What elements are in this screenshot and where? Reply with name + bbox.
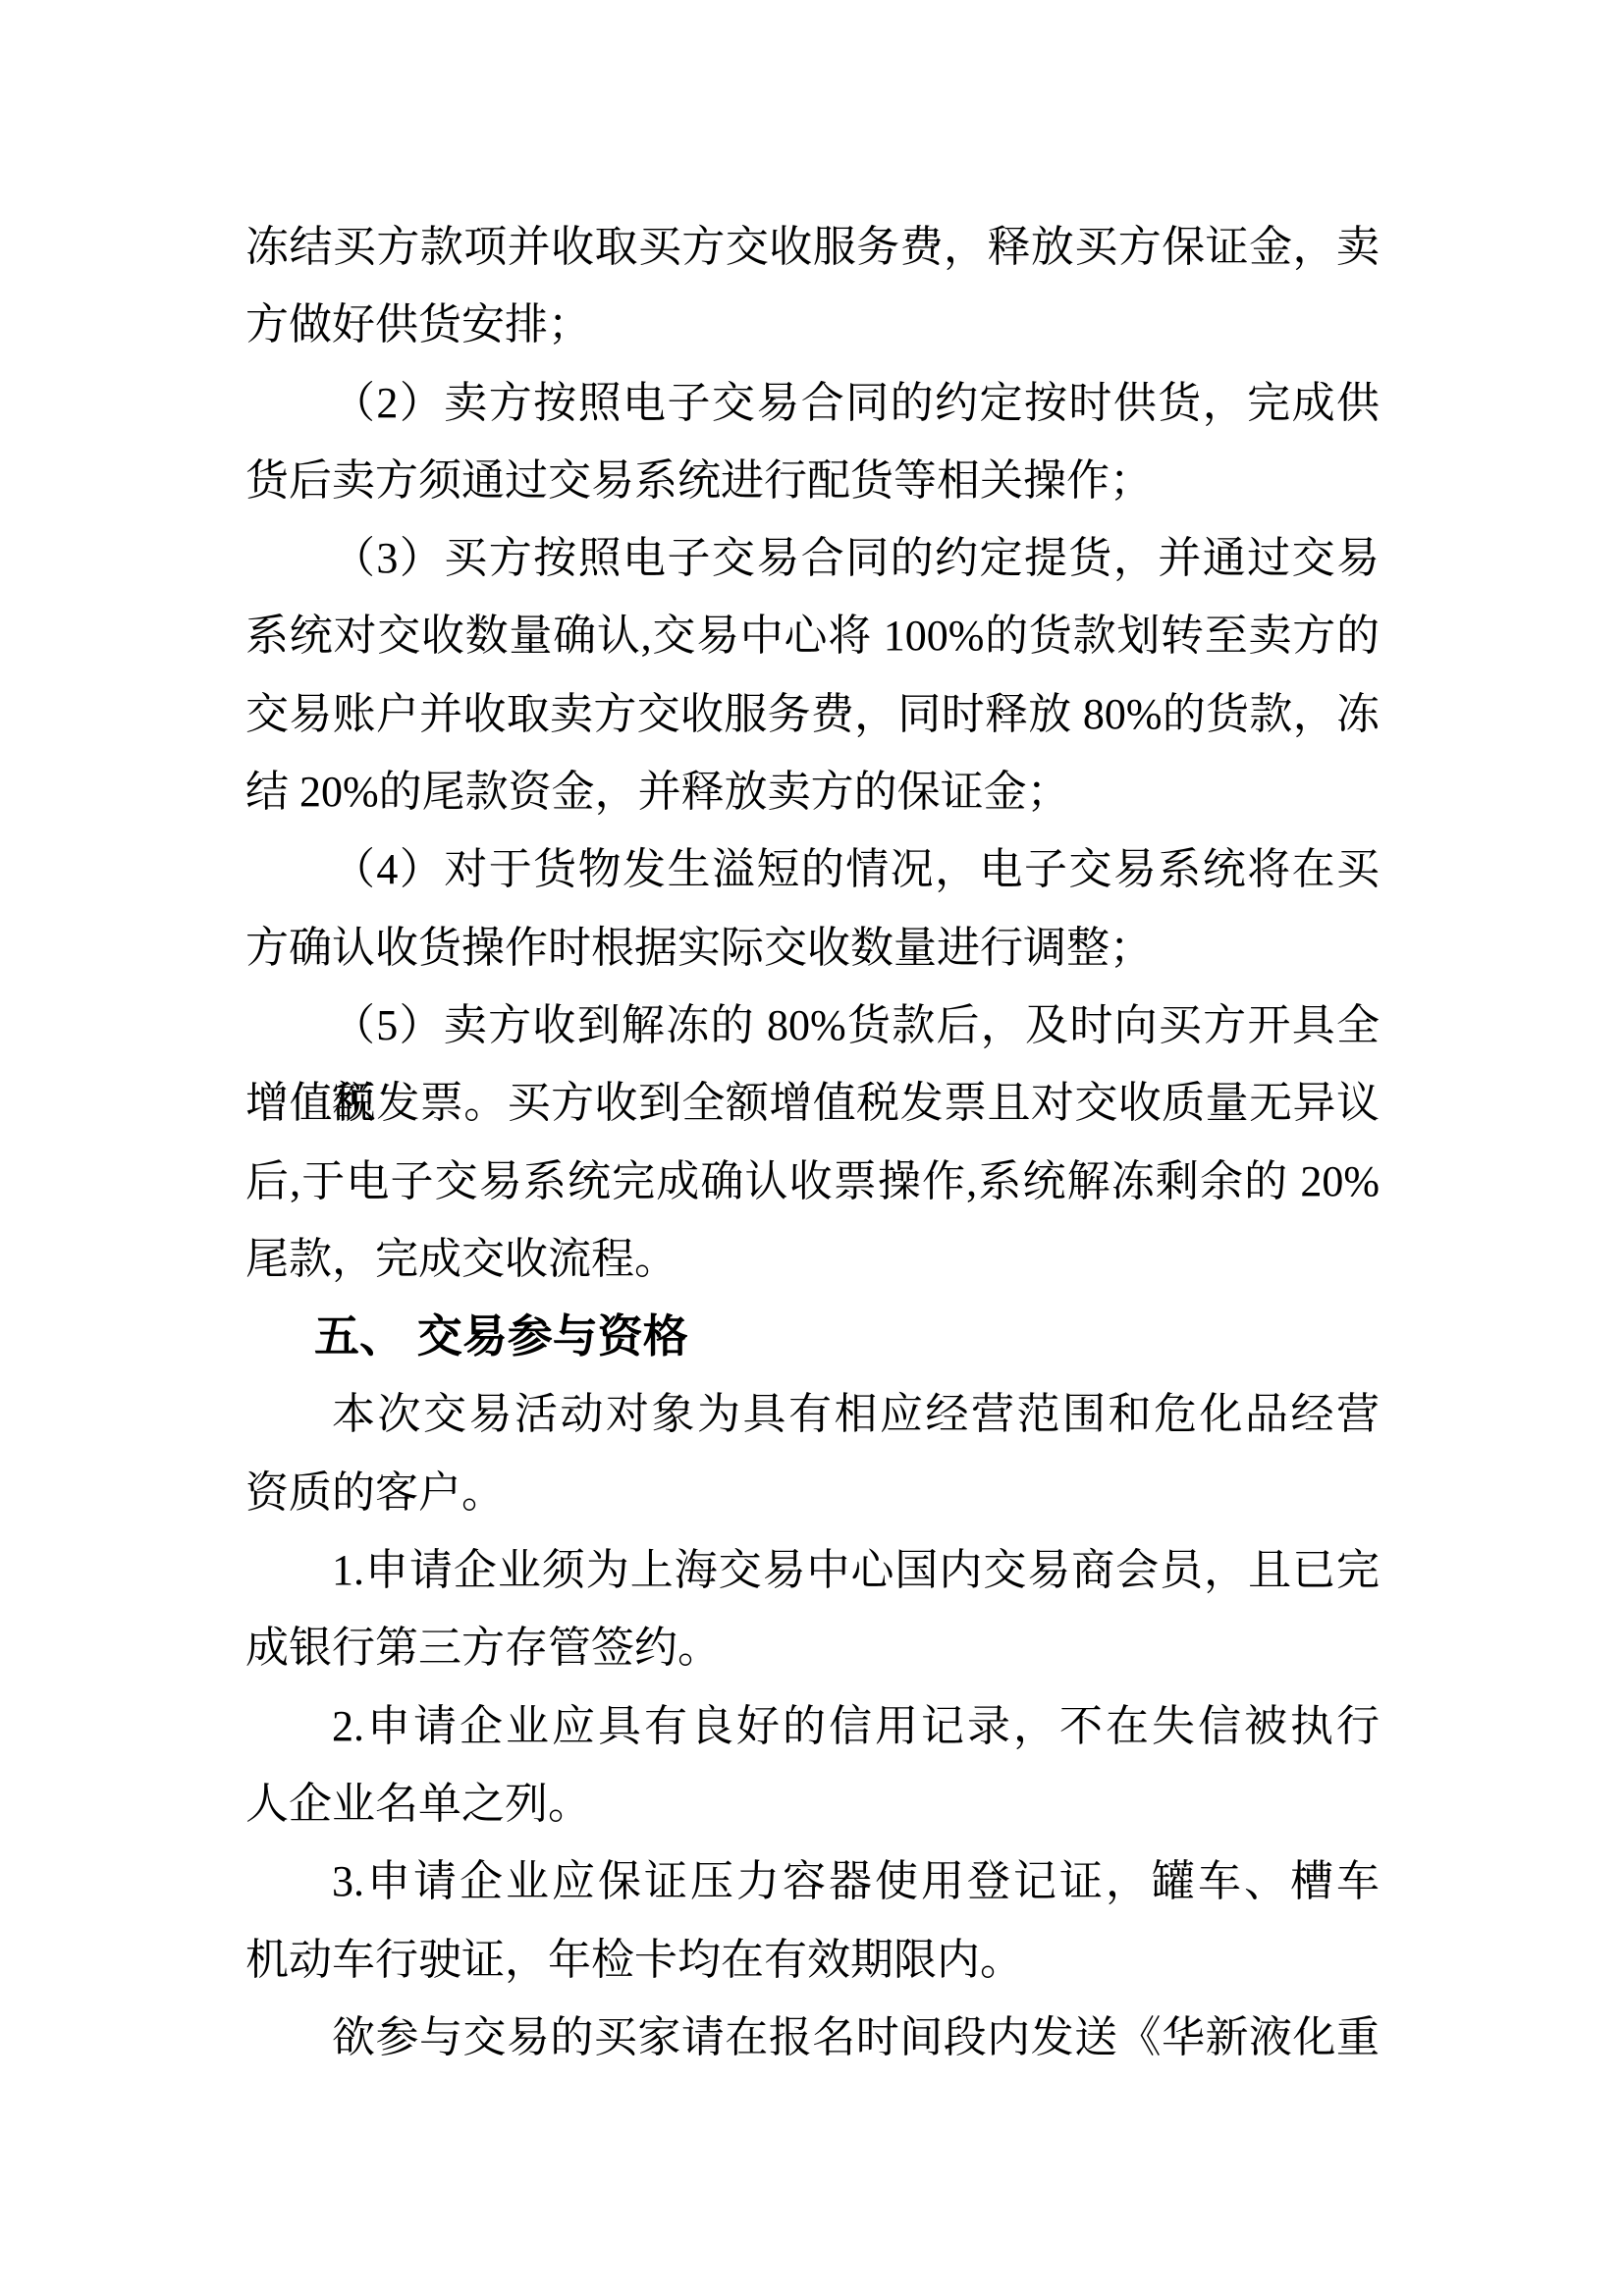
text-line: 增值税发票。买方收到全额增值税发票且对交收质量无异议	[245, 1064, 1380, 1142]
text-line: 后,于电子交易系统完成确认收票操作,系统解冻剩余的 20%	[245, 1143, 1380, 1220]
text-line: 方做好供货安排；	[245, 286, 1380, 363]
section-heading: 五、 交易参与资格	[245, 1298, 1380, 1375]
text-line: 欲参与交易的买家请在报名时间段内发送《华新液化重	[245, 1999, 1380, 2076]
text-line: 3.申请企业应保证压力容器使用登记证，罐车、槽车	[245, 1842, 1380, 1920]
text-line: （5）卖方收到解冻的 80%货款后，及时向买方开具全额	[245, 987, 1380, 1064]
text-line: 1.申请企业须为上海交易中心国内交易商会员，且已完	[245, 1531, 1380, 1609]
text-line: （2）卖方按照电子交易合同的约定按时供货，完成供	[245, 364, 1380, 442]
text-line: 冻结买方款项并收取买方交收服务费，释放买方保证金，卖	[245, 208, 1380, 286]
text-line: 系统对交收数量确认,交易中心将 100%的货款划转至卖方的	[245, 597, 1380, 674]
text-line: 尾款，完成交收流程。	[245, 1220, 1380, 1298]
text-line: 结 20%的尾款资金，并释放卖方的保证金；	[245, 753, 1380, 830]
text-line: 交易账户并收取卖方交收服务费，同时释放 80%的货款，冻	[245, 675, 1380, 753]
text-line: 方确认收货操作时根据实际交收数量进行调整；	[245, 909, 1380, 987]
text-line: （4）对于货物发生溢短的情况，电子交易系统将在买	[245, 830, 1380, 908]
text-line: （3）买方按照电子交易合同的约定提货，并通过交易	[245, 519, 1380, 597]
text-line: 资质的客户。	[245, 1454, 1380, 1531]
document-body: 冻结买方款项并收取买方交收服务费，释放买方保证金，卖 方做好供货安排； （2）卖…	[245, 208, 1380, 2076]
text-line: 本次交易活动对象为具有相应经营范围和危化品经营	[245, 1375, 1380, 1453]
text-line: 机动车行驶证，年检卡均在有效期限内。	[245, 1921, 1380, 1999]
text-line: 货后卖方须通过交易系统进行配货等相关操作；	[245, 442, 1380, 519]
document-page: 冻结买方款项并收取买方交收服务费，释放买方保证金，卖 方做好供货安排； （2）卖…	[0, 0, 1624, 2296]
text-line: 人企业名单之列。	[245, 1765, 1380, 1842]
text-line: 成银行第三方存管签约。	[245, 1609, 1380, 1686]
text-line: 2.申请企业应具有良好的信用记录，不在失信被执行	[245, 1687, 1380, 1765]
